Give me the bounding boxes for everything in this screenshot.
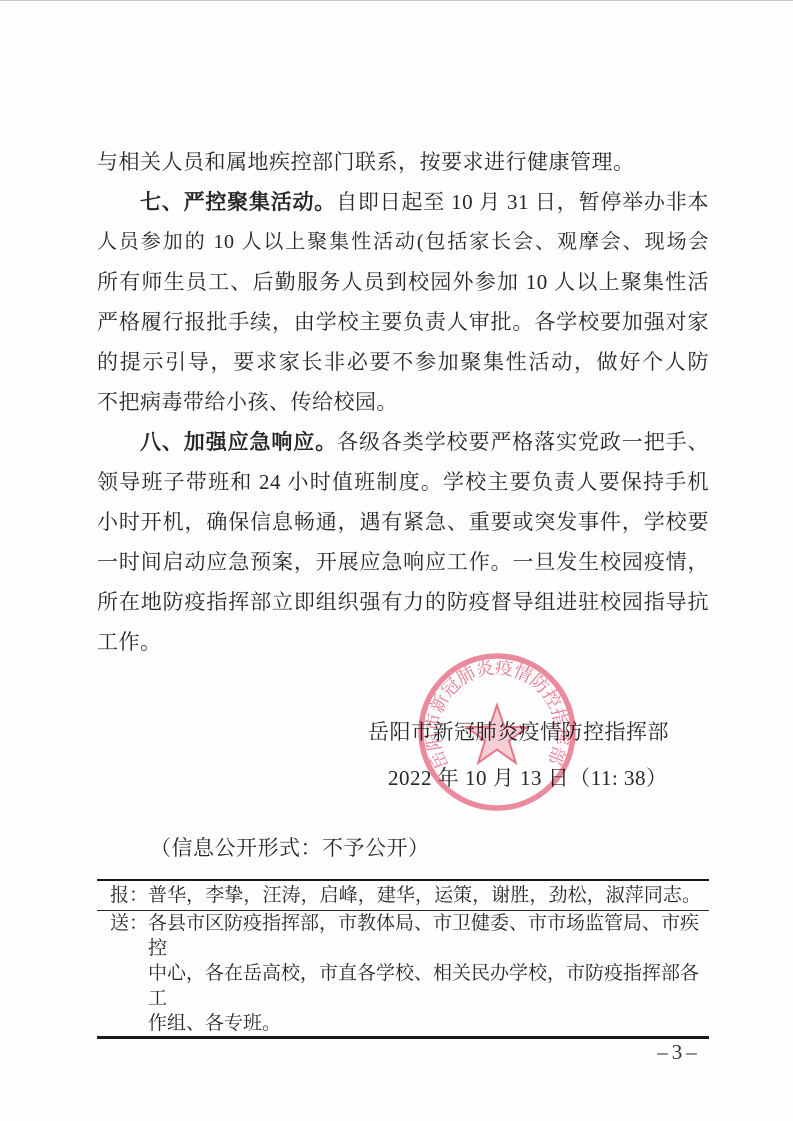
disclosure-note: （信息公开形式：不予公开） — [150, 832, 430, 862]
body-line-text: 所在地防疫指挥部立即组织强有力的防疫督导组进驻校园指导抗疫 — [97, 590, 709, 622]
body-line: 人员参加的 10 人以上聚集性活动(包括家长会、观摩会、现场会等)。 — [97, 222, 709, 262]
send-content: 各县市区防疫指挥部，市教体局、市卫健委、市市场监管局、市疾控 中心，各在岳高校，… — [148, 911, 701, 1036]
report-row: 报： 普华，李挚，汪涛，启峰，建华，运策，谢胜，劲松，淑萍同志。 — [97, 881, 709, 911]
distribution-table: 报： 普华，李挚，汪涛，启峰，建华，运策，谢胜，劲松，淑萍同志。 送： 各县市区… — [97, 879, 709, 1039]
report-label: 报： — [110, 883, 148, 908]
page-number: –3– — [644, 1040, 714, 1065]
body-line: 七、严控聚集活动。自即日起至 10 月 31 日，暂停举办非本校 — [97, 182, 709, 222]
send-row: 送： 各县市区防疫指挥部，市教体局、市卫健委、市市场监管局、市疾控 中心，各在岳… — [97, 911, 709, 1036]
send-line: 中心，各在岳高校，市直各学校、相关民办学校，市防疫指挥部各工 — [148, 961, 701, 1011]
section-heading: 八、加强应急响应。 — [140, 431, 337, 454]
body-line-text: 所有师生员工、后勤服务人员到校园外参加 10 人以上聚集性活动要 — [97, 270, 709, 302]
body-line-text: 不把病毒带给小孩、传给校园。 — [97, 390, 398, 414]
body-line-text: 一时间启动应急预案，开展应急响应工作。一旦发生校园疫情，由 — [97, 550, 709, 582]
send-label: 送： — [110, 911, 148, 936]
body-line: 所有师生员工、后勤服务人员到校园外参加 10 人以上聚集性活动要 — [97, 262, 709, 302]
body-line: 不把病毒带给小孩、传给校园。 — [97, 382, 709, 422]
body-line: 领导班子带班和 24 小时值班制度。学校主要负责人要保持手机 24 — [97, 462, 709, 502]
body-line: 一时间启动应急预案，开展应急响应工作。一旦发生校园疫情，由 — [97, 542, 709, 582]
body-line: 小时开机，确保信息畅通，遇有紧急、重要或突发事件，学校要第 — [97, 502, 709, 542]
document-page: 与相关人员和属地疾控部门联系，按要求进行健康管理。 七、严控聚集活动。自即日起至… — [0, 0, 793, 1121]
body-line: 八、加强应急响应。各级各类学校要严格落实党政一把手、校 — [97, 422, 709, 462]
body-line-text: 领导班子带班和 24 小时值班制度。学校主要负责人要保持手机 24 — [97, 470, 709, 502]
body-line-text: 的提示引导，要求家长非必要不参加聚集性活动，做好个人防护， — [97, 350, 709, 382]
section-heading: 七、严控聚集活动。 — [140, 191, 336, 214]
body-line: 所在地防疫指挥部立即组织强有力的防疫督导组进驻校园指导抗疫 — [97, 582, 709, 622]
body-line: 工作。 — [97, 622, 709, 662]
send-line: 各县市区防疫指挥部，市教体局、市卫健委、市市场监管局、市疾控 — [148, 911, 701, 961]
body-text: 与相关人员和属地疾控部门联系，按要求进行健康管理。 七、严控聚集活动。自即日起至… — [97, 142, 709, 662]
signature-date: 2022 年 10 月 13 日（11: 38） — [388, 762, 668, 792]
body-line: 与相关人员和属地疾控部门联系，按要求进行健康管理。 — [97, 142, 709, 182]
body-line: 严格履行报批手续，由学校主要负责人审批。各学校要加强对家长 — [97, 302, 709, 342]
body-line: 的提示引导，要求家长非必要不参加聚集性活动，做好个人防护， — [97, 342, 709, 382]
body-line-text: 与相关人员和属地疾控部门联系，按要求进行健康管理。 — [97, 150, 635, 174]
scan-edge-line — [0, 0, 793, 1]
report-names: 普华，李挚，汪涛，启峰，建华，运策，谢胜，劲松，淑萍同志。 — [148, 883, 701, 908]
body-line-text: 工作。 — [97, 630, 162, 654]
send-line: 作组、各专班。 — [148, 1011, 701, 1036]
body-line-text: 小时开机，确保信息畅通，遇有紧急、重要或突发事件，学校要第 — [97, 510, 709, 542]
body-line-text: 严格履行报批手续，由学校主要负责人审批。各学校要加强对家长 — [97, 310, 709, 342]
signature-org: 岳阳市新冠肺炎疫情防控指挥部 — [368, 716, 669, 746]
body-line-text: 人员参加的 10 人以上聚集性活动(包括家长会、观摩会、现场会等)。 — [97, 231, 709, 262]
